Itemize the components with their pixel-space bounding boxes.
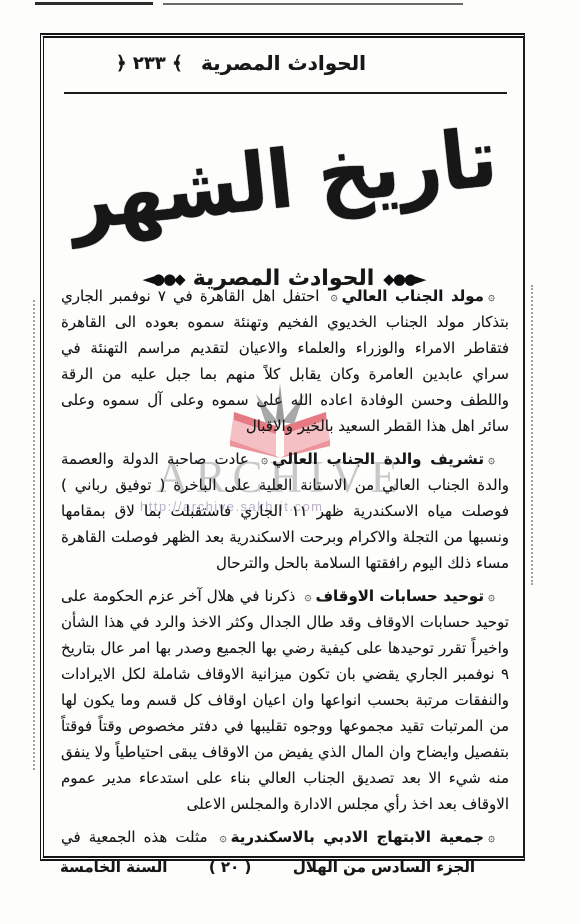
footer-year: السنة الخامسة — [60, 858, 167, 876]
article-alexandria-society: ۞جمعية الابتهاج الادبي بالاسكندرية۞ مثلت… — [61, 824, 509, 853]
article-body: احتفل اهل القاهرة في ٧ نوفمبر الجاري بتذ… — [61, 287, 509, 435]
article-heading: توحيد حسابات الاوقاف — [316, 587, 484, 605]
page-footer: الجزء السادس من الهلال ( ٢٠ ) السنة الخا… — [40, 858, 519, 876]
paragraph-ornament-icon: ۞ — [220, 830, 227, 844]
article-birthday-khedive: ۞مولد الجناب العالي۞ احتفل اهل القاهرة ف… — [61, 283, 509, 439]
article-heading: جمعية الابتهاج الادبي بالاسكندرية — [231, 828, 484, 846]
article-body: عادت صاحبة الدولة والعصمة والدة الجناب ا… — [61, 450, 509, 572]
scan-dotted-edge-right — [531, 285, 533, 585]
paragraph-ornament-icon: ۞ — [261, 452, 268, 466]
article-heading: تشريف والدة الجناب العالي — [272, 450, 484, 468]
paragraph-ornament-icon: ۞ — [331, 289, 338, 303]
scan-edge-line — [163, 3, 463, 5]
page-border-frame: الحوادث المصرية ﴾ ٢٣٣ ﴿ تاريخ الشهر ◄●●◆… — [40, 33, 525, 861]
article-body: ذكرنا في هلال آخر عزم الحكومة على توحيد … — [61, 587, 509, 813]
article-waqf-accounts: ۞توحيد حسابات الاوقاف۞ ذكرنا في هلال آخر… — [61, 583, 509, 817]
paragraph-ornament-icon: ۞ — [488, 452, 495, 466]
footer-page-number: ( ٢٠ ) — [209, 858, 251, 876]
scan-edge-line — [35, 2, 153, 5]
paragraph-ornament-icon: ۞ — [488, 289, 495, 303]
paragraph-ornament-icon: ۞ — [488, 589, 495, 603]
header-divider-rule — [64, 92, 507, 94]
paragraph-ornament-icon: ۞ — [305, 589, 312, 603]
article-heading: مولد الجناب العالي — [342, 287, 484, 305]
paragraph-ornament-icon: ۞ — [488, 830, 495, 844]
footer-volume: الجزء السادس من الهلال — [293, 858, 475, 876]
scan-dotted-edge-left — [33, 300, 35, 770]
calligraphic-main-title: تاريخ الشهر — [40, 106, 527, 255]
scanned-document-page: ARCHIVE http://archive.sakhrit.com الحوا… — [0, 0, 580, 924]
article-text-column: ۞مولد الجناب العالي۞ احتفل اهل القاهرة ف… — [61, 283, 509, 853]
page-number: ﴾ ٢٣٣ ﴿ — [116, 53, 183, 74]
article-mother-return: ۞تشريف والدة الجناب العالي۞ عادت صاحبة ا… — [61, 446, 509, 576]
